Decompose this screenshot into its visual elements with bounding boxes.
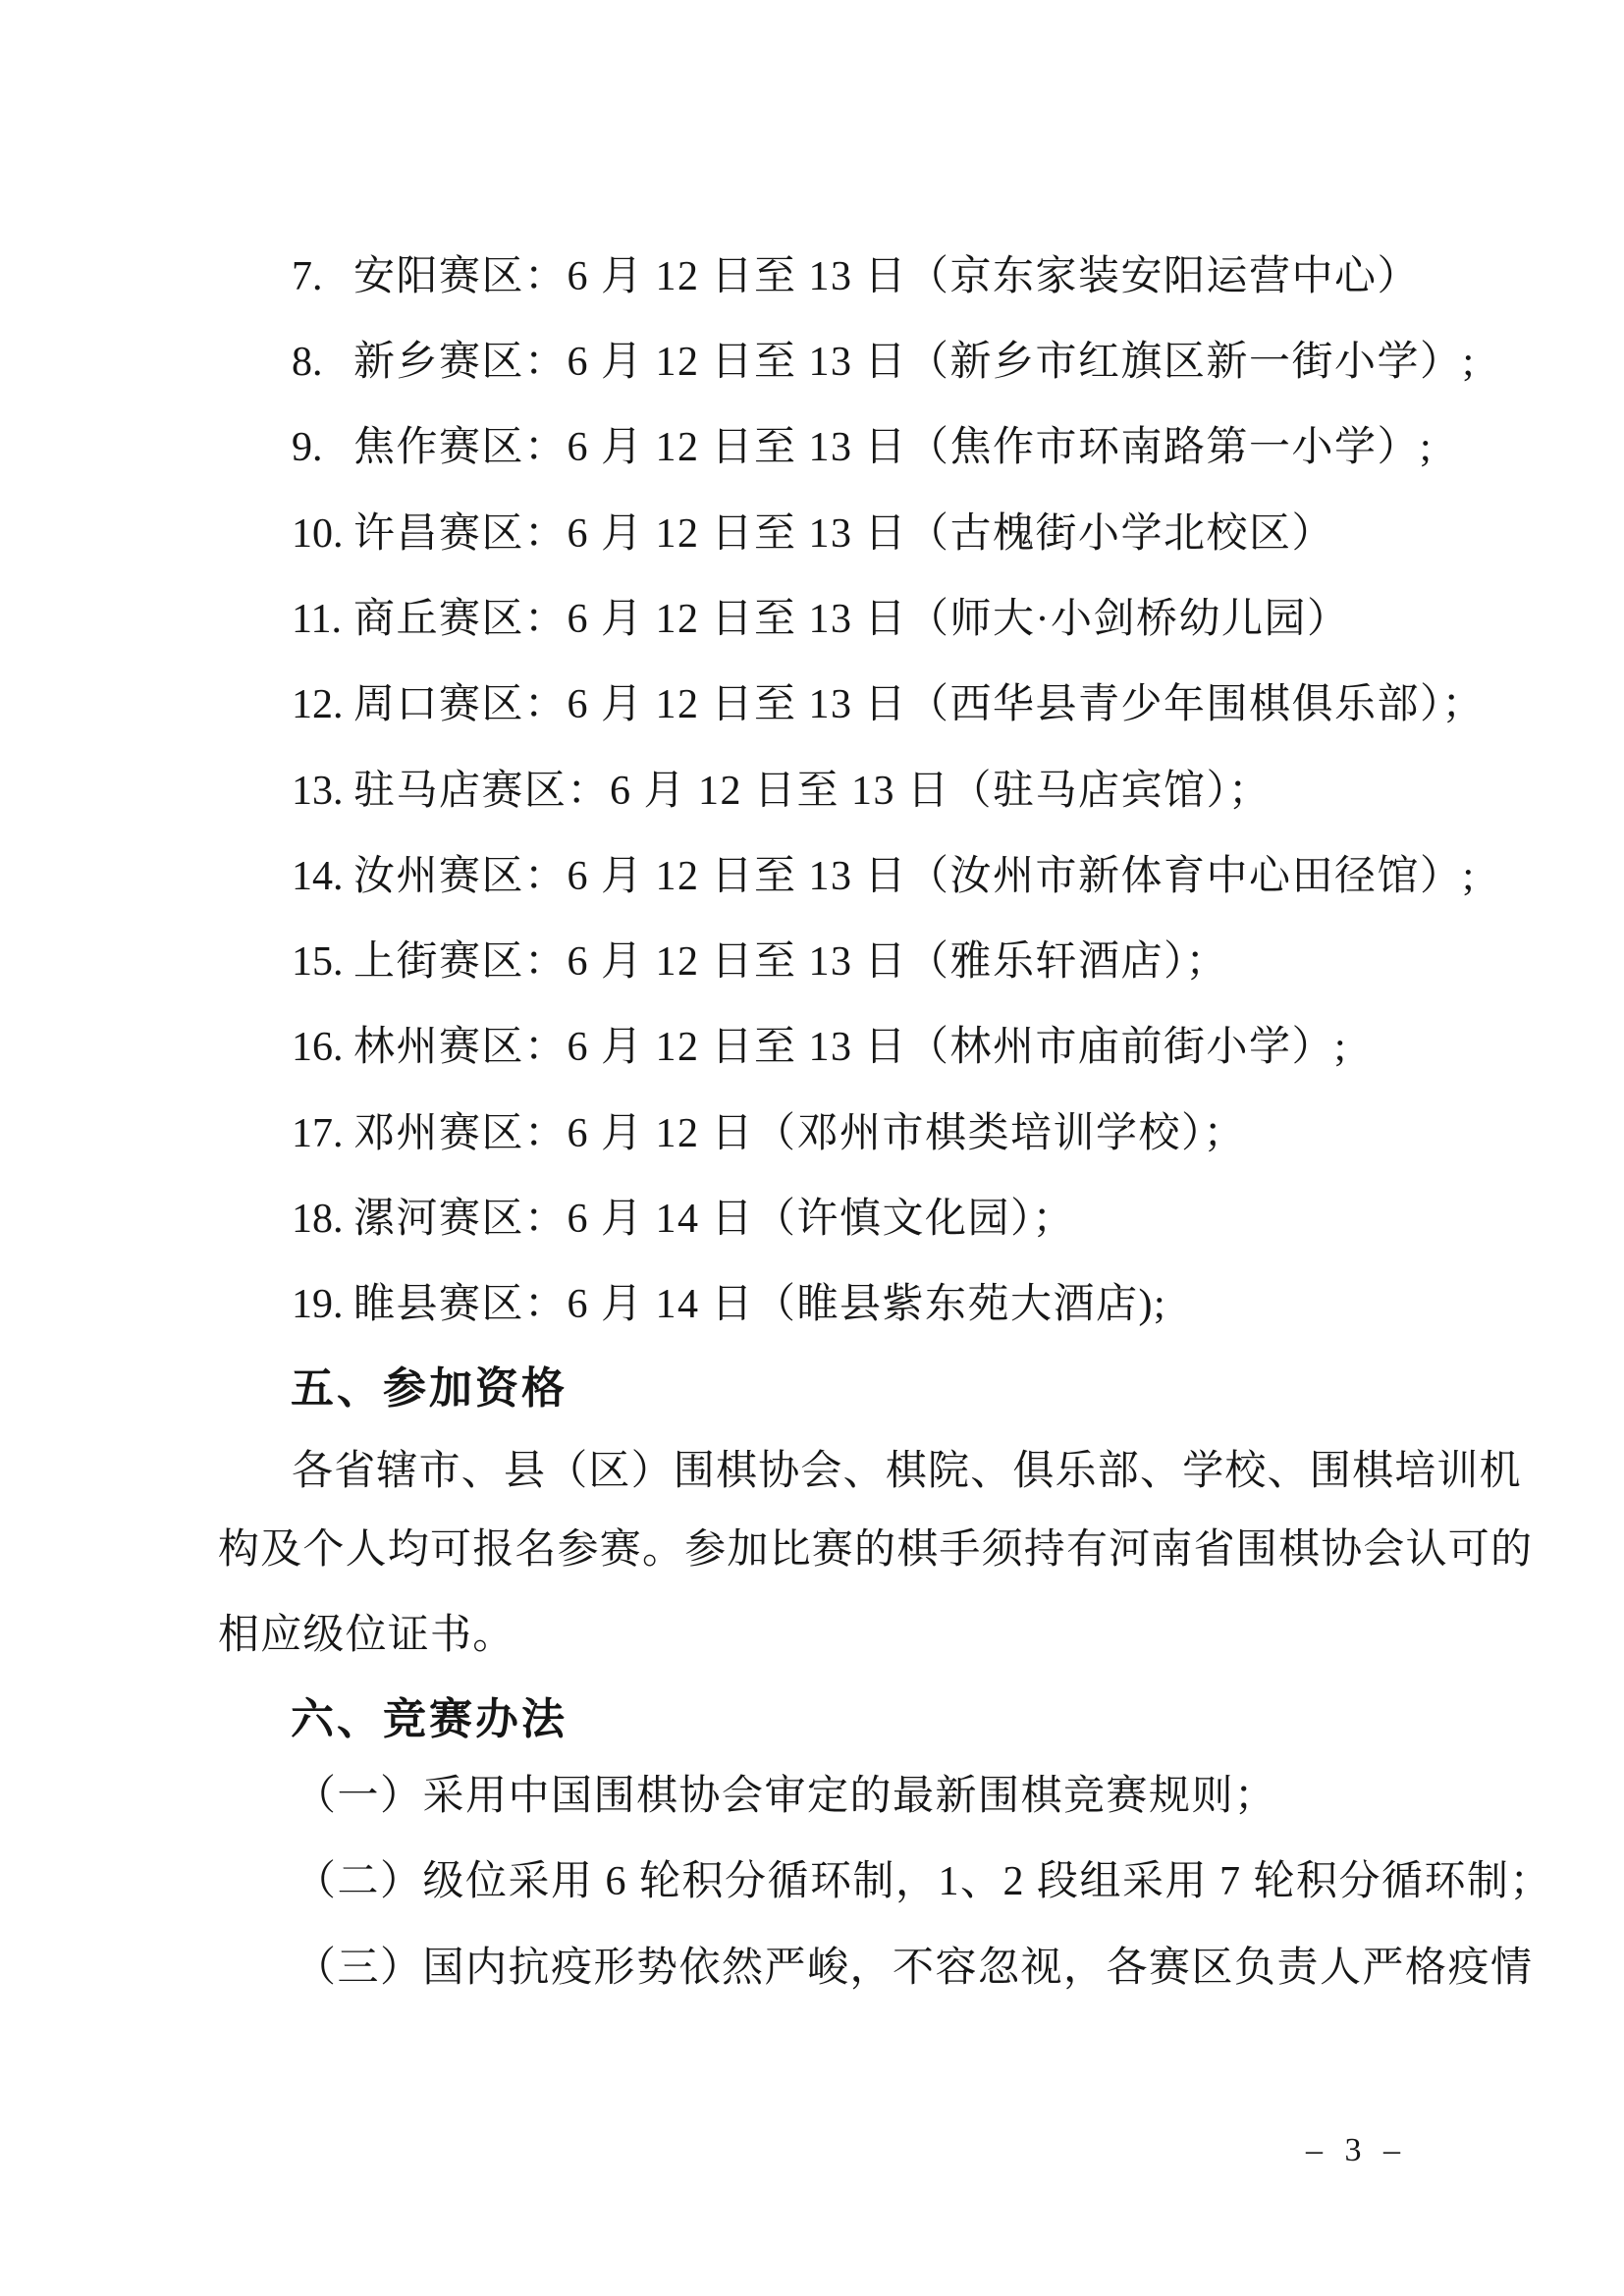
venue-item-text: 安阳赛区：6 月 12 日至 13 日（京东家装安阳运营中心） (353, 254, 1420, 299)
venue-item-number: 10. (292, 510, 353, 558)
venue-list-item: 11.商丘赛区：6 月 12 日至 13 日（师大·小剑桥幼儿园） (292, 596, 1350, 643)
section5-heading: 五、参加资格 (291, 1364, 568, 1415)
venue-list-item: 15.上街赛区：6 月 12 日至 13 日（雅乐轩酒店）； (292, 938, 1228, 986)
page-number: – 3 – (1306, 2132, 1407, 2169)
venue-item-text: 周口赛区：6 月 12 日至 13 日（西华县青少年围棋俱乐部）； (353, 682, 1485, 727)
venue-list-item: 19.睢县赛区：6 月 14 日（睢县紫东苑大酒店); (292, 1281, 1166, 1328)
venue-item-text: 驻马店赛区：6 月 12 日至 13 日（驻马店宾馆）； (353, 769, 1272, 814)
method-item: （三）国内抗疫形势依然严峻，不容忽视，各赛区负责人严格疫情 (295, 1945, 1534, 1992)
section6-heading: 六、竞赛办法 (291, 1695, 568, 1745)
venue-item-text: 汝州赛区：6 月 12 日至 13 日（汝州市新体育中心田径馆）; (353, 854, 1476, 899)
venue-item-number: 11. (292, 596, 353, 643)
venue-item-text: 上街赛区：6 月 12 日至 13 日（雅乐轩酒店）； (353, 939, 1228, 985)
venue-list-item: 14.汝州赛区：6 月 12 日至 13 日（汝州市新体育中心田径馆）; (292, 853, 1476, 900)
venue-item-number: 14. (292, 853, 353, 900)
venue-list-item: 9.焦作赛区：6 月 12 日至 13 日（焦作市环南路第一小学）; (292, 424, 1433, 471)
venue-item-number: 7. (292, 253, 353, 300)
method-item: （二）级位采用 6 轮积分循环制，1、2 段组采用 7 轮积分循环制； (295, 1858, 1552, 1905)
venue-item-number: 15. (292, 938, 353, 986)
venue-item-number: 19. (292, 1281, 353, 1328)
venue-item-number: 17. (292, 1110, 353, 1157)
venue-list-item: 16.林州赛区：6 月 12 日至 13 日（林州市庙前街小学）; (292, 1024, 1347, 1071)
section5-paragraph-line: 构及个人均可报名参赛。参加比赛的棋手须持有河南省围棋协会认可的 (218, 1526, 1533, 1574)
venue-item-number: 18. (292, 1196, 353, 1243)
venue-item-text: 林州赛区：6 月 12 日至 13 日（林州市庙前街小学）; (353, 1025, 1347, 1070)
section5-paragraph-line: 各省辖市、县（区）围棋协会、棋院、俱乐部、学校、围棋培训机 (292, 1448, 1522, 1495)
venue-item-number: 16. (292, 1024, 353, 1071)
venue-item-number: 12. (292, 681, 353, 728)
venue-list-item: 10.许昌赛区：6 月 12 日至 13 日（古槐街小学北校区） (292, 510, 1334, 558)
venue-list-item: 18.漯河赛区：6 月 14 日（许慎文化园）； (292, 1196, 1075, 1243)
venue-list-item: 8.新乡赛区：6 月 12 日至 13 日（新乡市红旗区新一街小学）; (292, 339, 1476, 386)
venue-item-text: 邓州赛区：6 月 12 日（邓州市棋类培训学校）； (353, 1111, 1246, 1156)
venue-list-item: 7.安阳赛区：6 月 12 日至 13 日（京东家装安阳运营中心） (292, 253, 1420, 300)
venue-list-item: 12.周口赛区：6 月 12 日至 13 日（西华县青少年围棋俱乐部）； (292, 681, 1485, 728)
venue-item-number: 9. (292, 424, 353, 471)
venue-item-text: 商丘赛区：6 月 12 日至 13 日（师大·小剑桥幼儿园） (353, 597, 1350, 642)
venue-list-item: 17.邓州赛区：6 月 12 日（邓州市棋类培训学校）； (292, 1110, 1246, 1157)
section5-paragraph-line: 相应级位证书。 (218, 1612, 514, 1659)
venue-item-number: 8. (292, 339, 353, 386)
venue-item-text: 新乡赛区：6 月 12 日至 13 日（新乡市红旗区新一街小学）; (353, 340, 1476, 385)
venue-item-text: 漯河赛区：6 月 14 日（许慎文化园）； (353, 1197, 1075, 1242)
venue-item-number: 13. (292, 768, 353, 815)
venue-item-text: 焦作赛区：6 月 12 日至 13 日（焦作市环南路第一小学）; (353, 425, 1433, 470)
venue-item-text: 睢县赛区：6 月 14 日（睢县紫东苑大酒店); (353, 1282, 1166, 1327)
method-item: （一）采用中国围棋协会审定的最新围棋竞赛规则； (295, 1773, 1277, 1820)
venue-list-item: 13.驻马店赛区：6 月 12 日至 13 日（驻马店宾馆）； (292, 768, 1272, 815)
venue-item-text: 许昌赛区：6 月 12 日至 13 日（古槐街小学北校区） (353, 511, 1334, 557)
document-page: 7.安阳赛区：6 月 12 日至 13 日（京东家装安阳运营中心） 8.新乡赛区… (0, 0, 1624, 2296)
